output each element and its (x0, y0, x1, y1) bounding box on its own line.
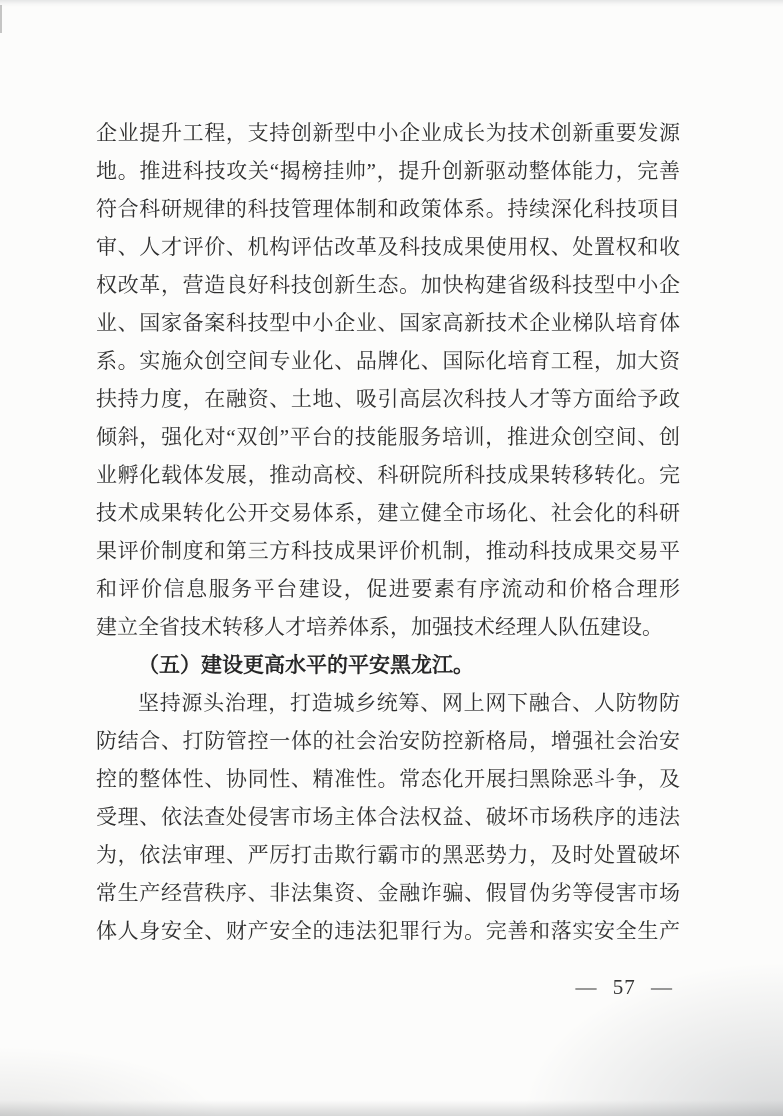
text-line: 建立全省技术转移人才培养体系，加强技术经理人队伍建设。 (96, 608, 680, 646)
text-line: 业、国家备案科技型中小企业、国家高新技术企业梯队培育体 (96, 304, 680, 342)
text-line: 符合科研规律的科技管理体制和政策体系。持续深化科技项目评 (96, 190, 680, 228)
text-line: 扶持力度，在融资、土地、吸引高层次科技人才等方面给予政策 (96, 380, 680, 418)
text-line: 体人身安全、财产安全的违法犯罪行为。完善和落实安全生产责 (96, 912, 680, 950)
text-line: 坚持源头治理，打造城乡统筹、网上网下融合、人防物防技 (96, 684, 680, 722)
scanned-document-page: 企业提升工程，支持创新型中小企业成长为技术创新重要发源 地。推进科技攻关“揭榜挂… (0, 0, 783, 1116)
scan-artifact-left-notch (0, 5, 2, 33)
text-line: 倾斜，强化对“双创”平台的技能服务培训，推进众创空间、创 (96, 418, 680, 456)
section-heading: （五）建设更高水平的平安黑龙江。 (96, 646, 680, 684)
text-line: 权改革，营造良好科技创新生态。加快构建省级科技型中小企 (96, 266, 680, 304)
text-line: 为，依法审理、严厉打击欺行霸市的黑恶势力，及时处置破坏正 (96, 836, 680, 874)
text-line: 企业提升工程，支持创新型中小企业成长为技术创新重要发源 (96, 114, 680, 152)
text-line: 业孵化载体发展，推动高校、科研院所科技成果转移转化。完善 (96, 456, 680, 494)
scan-artifact-bottom-edge (0, 1100, 783, 1116)
text-line: 受理、依法查处侵害市场主体合法权益、破坏市场秩序的违法行 (96, 798, 680, 836)
text-line: 审、人才评价、机构评估改革及科技成果使用权、处置权和收益 (96, 228, 680, 266)
text-block: 企业提升工程，支持创新型中小企业成长为技术创新重要发源 地。推进科技攻关“揭榜挂… (96, 114, 680, 950)
scan-artifact-bottom-right (513, 956, 783, 1116)
text-line: 系。实施众创空间专业化、品牌化、国际化培育工程，加大资金 (96, 342, 680, 380)
scan-artifact-top-edge (0, 0, 783, 7)
text-line: 防结合、打防管控一体的社会治安防控新格局，增强社会治安防 (96, 722, 680, 760)
text-line: 常生产经营秩序、非法集资、金融诈骗、假冒伪劣等侵害市场主 (96, 874, 680, 912)
text-line: 和评价信息服务平台建设，促进要素有序流动和价格合理形成。 (96, 570, 680, 608)
text-line: 果评价制度和第三方科技成果评价机制，推动科技成果交易平台 (96, 532, 680, 570)
text-line: 控的整体性、协同性、精准性。常态化开展扫黑除恶斗争，及时 (96, 760, 680, 798)
text-line: 技术成果转化公开交易体系，建立健全市场化、社会化的科研成 (96, 494, 680, 532)
text-line: 地。推进科技攻关“揭榜挂帅”，提升创新驱动整体能力，完善 (96, 152, 680, 190)
